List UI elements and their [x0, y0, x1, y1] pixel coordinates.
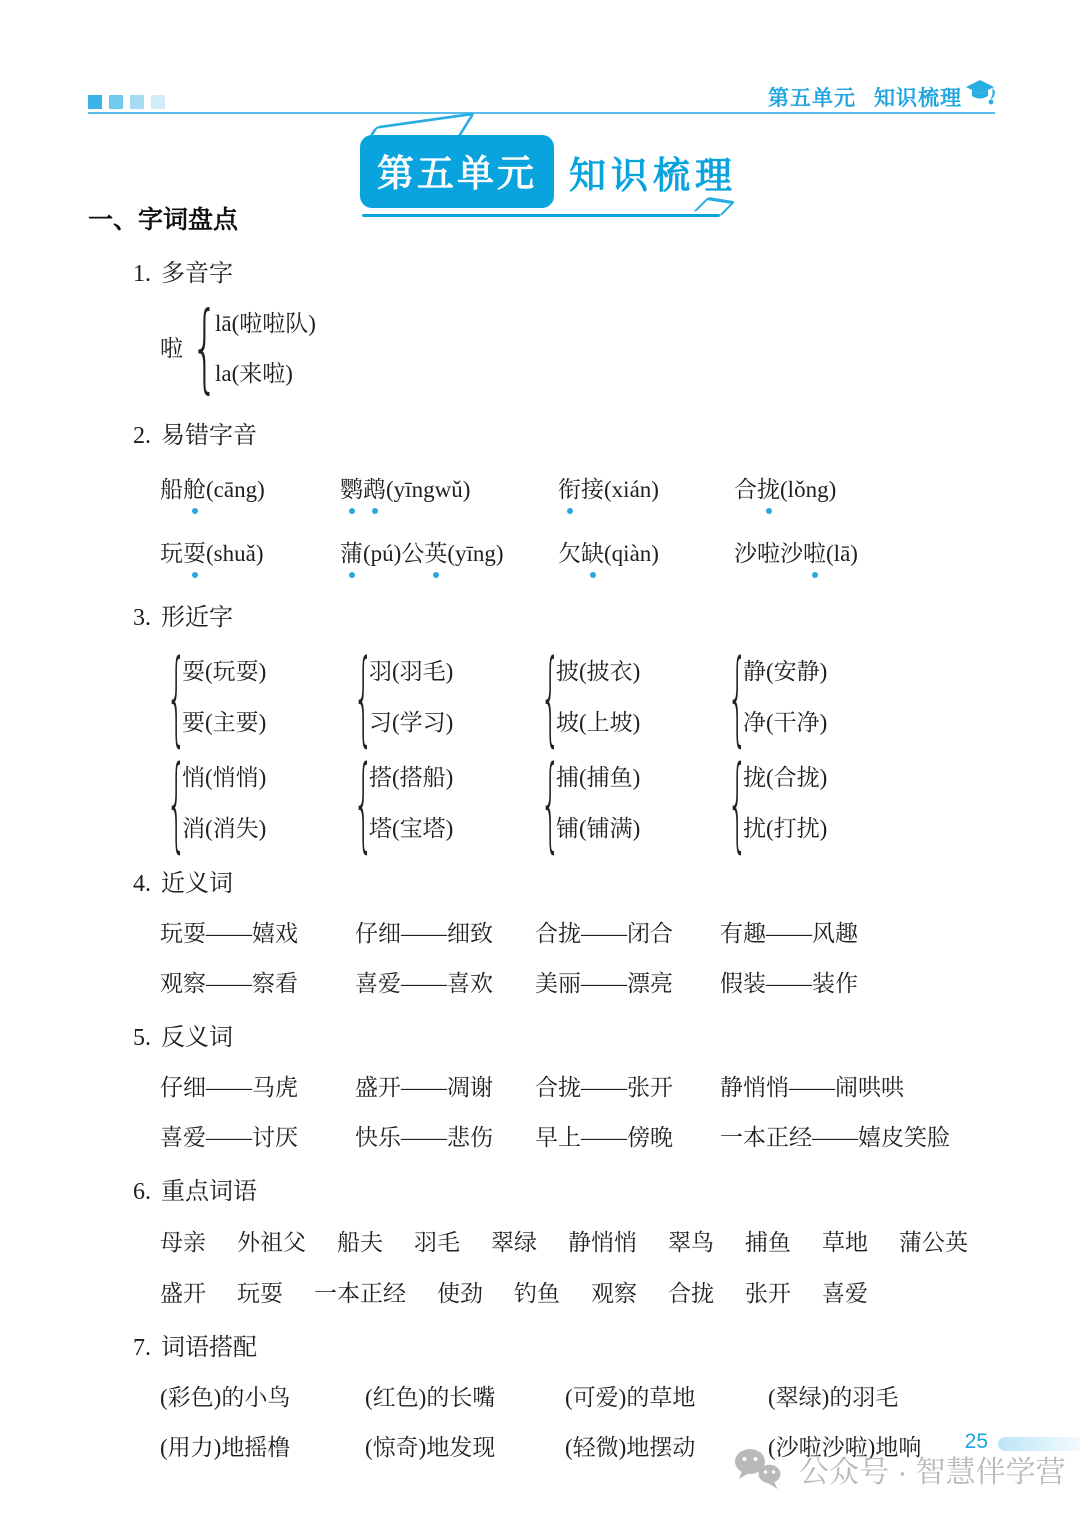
reading-item: la(来啦) — [215, 359, 316, 389]
subsection-heading-yicuoziyin: 2.易错字音 — [133, 421, 1020, 451]
antonym-pair: 盛开——凋谢 — [355, 1073, 535, 1103]
running-header: 第五单元 知识梳理 — [768, 82, 962, 112]
shape-bottom: 扰(打扰) — [743, 814, 827, 844]
graduation-cap-icon — [964, 76, 996, 110]
top-divider-line — [88, 112, 995, 114]
subsection-title: 易错字音 — [161, 423, 257, 449]
shape-bottom: 习(学习) — [369, 708, 453, 738]
synonym-pair: 有趣——风趣 — [720, 919, 1020, 949]
square-icon — [130, 95, 144, 109]
key-word: 外祖父 — [237, 1228, 306, 1258]
collocation-item: (可爱)的草地 — [565, 1383, 768, 1413]
pair-row: 观察——察看喜爱——喜欢美丽——漂亮假装——装作 — [160, 969, 1020, 999]
shape-bottom: 消(消失) — [182, 814, 266, 844]
phonetic-item: 鹦鹉(yīng wǔ) — [340, 475, 558, 505]
synonym-pair: 合拢——闭合 — [535, 919, 720, 949]
shape-top: 捕(捕鱼) — [556, 763, 640, 793]
antonym-pair: 快乐——悲伤 — [355, 1123, 535, 1153]
shape-bottom: 坡(上坡) — [556, 708, 640, 738]
multi-sound-char: 啦 — [160, 334, 183, 364]
shape-top: 披(披衣) — [556, 657, 640, 687]
subsection-number: 3. — [133, 605, 151, 631]
antonym-pair: 一本正经——嬉皮笑脸 — [720, 1123, 1020, 1153]
watermark: 公众号 · 智慧伴学营 — [733, 1447, 1066, 1491]
subsection-heading-zhongdianciyu: 6.重点词语 — [133, 1177, 1020, 1207]
shape-top: 拢(合拢) — [743, 763, 827, 793]
pair-row: 仔细——马虎盛开——凋谢合拢——张开静悄悄——闹哄哄 — [160, 1073, 1020, 1103]
subsection-title: 多音字 — [161, 261, 233, 287]
synonym-pair: 喜爱——喜欢 — [355, 969, 535, 999]
subsection-title: 词语搭配 — [161, 1335, 257, 1361]
multi-sound-group: 啦 { lā(啦啦队) la(来啦) — [160, 301, 1020, 397]
phonetic-item: 沙啦沙啦(lā) — [734, 539, 1020, 569]
subsection-title: 反义词 — [161, 1025, 233, 1051]
subsection-number: 4. — [133, 871, 151, 897]
key-word: 张开 — [745, 1279, 791, 1309]
shape-top: 耍(玩耍) — [182, 657, 266, 687]
shape-top: 静(安静) — [743, 657, 827, 687]
synonym-pair: 假装——装作 — [720, 969, 1020, 999]
subsection-heading-fanyici: 5.反义词 — [133, 1023, 1020, 1053]
square-icon — [88, 95, 102, 109]
collocation-item: (用力)地摇橹 — [160, 1433, 365, 1463]
synonym-pair: 观察——察看 — [160, 969, 355, 999]
key-word: 玩耍 — [237, 1279, 283, 1309]
key-word: 船夫 — [337, 1228, 383, 1258]
words-row: 母亲外祖父船夫羽毛翠绿静悄悄翠鸟捕鱼草地蒲公英 — [160, 1228, 1020, 1258]
key-word: 草地 — [822, 1228, 868, 1258]
key-word: 盛开 — [160, 1279, 206, 1309]
banner-title: 知识梳理 — [569, 145, 737, 199]
key-word: 静悄悄 — [568, 1228, 637, 1258]
shape-bottom: 净(干净) — [743, 708, 827, 738]
subsection-number: 2. — [133, 423, 151, 449]
phonetic-item: 合拢(lǒng) — [734, 475, 1020, 505]
square-icon — [109, 95, 123, 109]
key-word: 一本正经 — [314, 1279, 406, 1309]
antonyms-list: 仔细——马虎盛开——凋谢合拢——张开静悄悄——闹哄哄喜爱——讨厌快乐——悲伤早上… — [160, 1073, 1020, 1153]
key-word: 翠绿 — [491, 1228, 537, 1258]
subsection-heading-ciyudapei: 7.词语搭配 — [133, 1333, 1020, 1363]
phonetic-item: 玩耍(shuǎ) — [160, 539, 340, 569]
header-unit: 第五单元 — [768, 82, 856, 112]
brace-icon: { — [727, 646, 735, 748]
key-word: 合拢 — [668, 1279, 714, 1309]
antonym-pair: 仔细——马虎 — [160, 1073, 355, 1103]
unit-banner: 第五单元 知识梳理 — [360, 135, 737, 208]
phonetic-item: 蒲(pú)公英(yīng) — [340, 539, 558, 569]
brace-icon: { — [191, 301, 205, 397]
wechat-icon — [733, 1447, 785, 1491]
key-word: 观察 — [591, 1279, 637, 1309]
brace-icon: { — [540, 646, 548, 748]
pair-row: 玩耍——嬉戏仔细——细致合拢——闭合有趣——风趣 — [160, 919, 1020, 949]
phonetic-row: 玩耍(shuǎ)蒲(pú)公英(yīng)欠缺(qiàn)沙啦沙啦(lā) — [160, 539, 1020, 579]
antonym-pair: 静悄悄——闹哄哄 — [720, 1073, 1020, 1103]
collocation-item: (彩色)的小鸟 — [160, 1383, 365, 1413]
shape-group: {披(披衣)坡(上坡) — [534, 655, 721, 739]
section-title: 一、字词盘点 — [88, 205, 1020, 235]
shape-group: {羽(羽毛)习(学习) — [347, 655, 534, 739]
subsection-number: 1. — [133, 261, 151, 287]
banner-underline — [362, 214, 720, 217]
brace-icon: { — [166, 646, 174, 748]
subsection-number: 6. — [133, 1179, 151, 1205]
antonym-pair: 喜爱——讨厌 — [160, 1123, 355, 1153]
key-word: 使劲 — [437, 1279, 483, 1309]
shape-group: {耍(玩耍)要(主要) — [160, 655, 347, 739]
collocation-item: (惊奇)地发现 — [365, 1433, 565, 1463]
collocation-row: (彩色)的小鸟(红色)的长嘴(可爱)的草地(翠绿)的羽毛 — [160, 1383, 1020, 1413]
subsection-number: 5. — [133, 1025, 151, 1051]
shape-row: {悄(悄悄)消(消失){搭(搭船)塔(宝塔){捕(捕鱼)铺(铺满){拢(合拢)扰… — [160, 761, 1020, 845]
key-word: 蒲公英 — [899, 1228, 968, 1258]
square-icon — [151, 95, 165, 109]
top-decoration-bar: 第五单元 知识梳理 — [0, 0, 1080, 120]
antonym-pair: 合拢——张开 — [535, 1073, 720, 1103]
similar-shapes-list: {耍(玩耍)要(主要){羽(羽毛)习(学习){披(披衣)坡(上坡){静(安静)净… — [160, 655, 1020, 845]
subsection-title: 形近字 — [161, 605, 233, 631]
phonetic-item: 船舱(cāng) — [160, 475, 340, 505]
key-word: 翠鸟 — [668, 1228, 714, 1258]
banner-unit-box: 第五单元 — [360, 135, 554, 208]
shape-bottom: 塔(宝塔) — [369, 814, 453, 844]
shape-bottom: 铺(铺满) — [556, 814, 640, 844]
shape-group: {搭(搭船)塔(宝塔) — [347, 761, 534, 845]
shape-group: {静(安静)净(干净) — [721, 655, 908, 739]
subsection-heading-jinyici: 4.近义词 — [133, 869, 1020, 899]
synonym-pair: 美丽——漂亮 — [535, 969, 720, 999]
synonym-pair: 仔细——细致 — [355, 919, 535, 949]
watermark-text: 公众号 · 智慧伴学营 — [799, 1447, 1066, 1491]
key-words-list: 母亲外祖父船夫羽毛翠绿静悄悄翠鸟捕鱼草地蒲公英盛开玩耍一本正经使劲钓鱼观察合拢张… — [160, 1228, 1020, 1309]
main-content: 一、字词盘点 1.多音字 啦 { lā(啦啦队) la(来啦) 2.易错字音 船… — [88, 205, 1020, 1463]
words-row: 盛开玩耍一本正经使劲钓鱼观察合拢张开喜爱 — [160, 1279, 1020, 1309]
brace-icon: { — [727, 752, 735, 854]
phonetic-item: 衔接(xián) — [558, 475, 734, 505]
corner-squares — [88, 95, 165, 109]
shape-group: {悄(悄悄)消(消失) — [160, 761, 347, 845]
shape-top: 搭(搭船) — [369, 763, 453, 793]
key-word: 喜爱 — [822, 1279, 868, 1309]
header-label: 知识梳理 — [874, 82, 962, 112]
subsection-number: 7. — [133, 1335, 151, 1361]
key-word: 钓鱼 — [514, 1279, 560, 1309]
key-word: 母亲 — [160, 1228, 206, 1258]
phonetic-item: 欠缺(qiàn) — [558, 539, 734, 569]
pair-row: 喜爱——讨厌快乐——悲伤早上——傍晚一本正经——嬉皮笑脸 — [160, 1123, 1020, 1153]
brace-icon: { — [353, 752, 361, 854]
collocation-item: (红色)的长嘴 — [365, 1383, 565, 1413]
shape-top: 羽(羽毛) — [369, 657, 453, 687]
shape-group: {拢(合拢)扰(打扰) — [721, 761, 908, 845]
shape-group: {捕(捕鱼)铺(铺满) — [534, 761, 721, 845]
brace-icon: { — [166, 752, 174, 854]
reading-item: lā(啦啦队) — [215, 309, 316, 339]
error-sounds-list: 船舱(cāng)鹦鹉(yīng wǔ)衔接(xián)合拢(lǒng)玩耍(sh… — [160, 475, 1020, 579]
shape-bottom: 要(主要) — [182, 708, 266, 738]
synonyms-list: 玩耍——嬉戏仔细——细致合拢——闭合有趣——风趣观察——察看喜爱——喜欢美丽——… — [160, 919, 1020, 999]
shape-top: 悄(悄悄) — [182, 763, 266, 793]
key-word: 捕鱼 — [745, 1228, 791, 1258]
workbook-page: 第五单元 知识梳理 第五单元 知识梳理 一、字词盘点 1.多音字 啦 { lā(… — [0, 0, 1080, 1515]
shape-row: {耍(玩耍)要(主要){羽(羽毛)习(学习){披(披衣)坡(上坡){静(安静)净… — [160, 655, 1020, 739]
brace-icon: { — [540, 752, 548, 854]
multi-sound-readings: lā(啦啦队) la(来啦) — [215, 309, 316, 389]
collocation-item: (翠绿)的羽毛 — [768, 1383, 1020, 1413]
key-word: 羽毛 — [414, 1228, 460, 1258]
phonetic-row: 船舱(cāng)鹦鹉(yīng wǔ)衔接(xián)合拢(lǒng) — [160, 475, 1020, 515]
subsection-heading-duoyinzi: 1.多音字 — [133, 259, 1020, 289]
subsection-heading-xingjinzi: 3.形近字 — [133, 603, 1020, 633]
brace-icon: { — [353, 646, 361, 748]
antonym-pair: 早上——傍晚 — [535, 1123, 720, 1153]
subsection-title: 近义词 — [161, 871, 233, 897]
synonym-pair: 玩耍——嬉戏 — [160, 919, 355, 949]
subsection-title: 重点词语 — [161, 1179, 257, 1205]
